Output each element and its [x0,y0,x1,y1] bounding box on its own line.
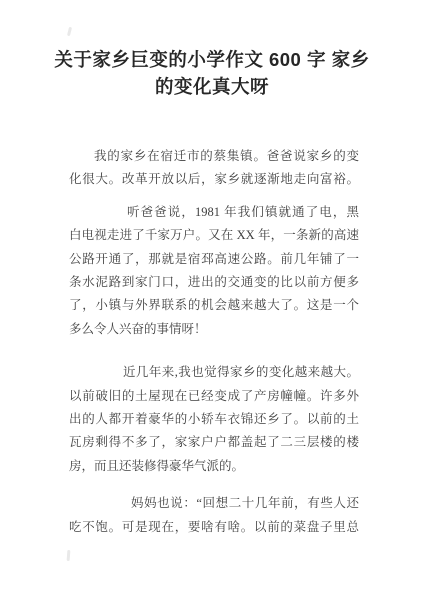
page-title: 关于家乡巨变的小学作文 600 字 家乡 的变化真大呀 [28,46,396,100]
paragraph-line: 以前破旧的土屋现在已经变成了产房幢幢。许多外 [69,385,359,408]
paragraph-3: 近几年来,我也觉得家乡的变化越来越大。 以前破旧的土屋现在已经变成了产房幢幢。许… [69,361,359,478]
paragraph-line: 条水泥路到家门口，进出的交通变的比以前方便多 [69,271,359,294]
document-page: 关于家乡巨变的小学作文 600 字 家乡 的变化真大呀 我的家乡在宿迁市的蔡集镇… [0,0,424,600]
paragraph-line: 白电视走进了千家万户。又在 XX 年，一条新的高速 [69,224,359,247]
paragraph-line: 化很大。改革开放以后，家乡就逐渐地走向富裕。 [69,168,359,191]
paragraph-line: 近几年来,我也觉得家乡的变化越来越大。 [69,361,359,384]
paragraph-line: 妈妈也说：“回想二十几年前，有些人还 [69,492,359,515]
paragraph-1: 我的家乡在宿迁市的蔡集镇。爸爸说家乡的变 化很大。改革开放以后，家乡就逐渐地走向… [69,145,359,192]
paragraph-line: 瓦房剩得不多了，家家户户都盖起了二三层楼的楼 [69,431,359,454]
paragraph-line: 听爸爸说，1981 年我们镇就通了电，黑 [69,201,359,224]
title-line-2: 的变化真大呀 [28,73,396,100]
paragraph-2: 听爸爸说，1981 年我们镇就通了电，黑 白电视走进了千家万户。又在 XX 年，… [69,201,359,341]
paragraph-line: 多么令人兴奋的事情呀！ [69,318,359,341]
scan-speck [67,27,72,36]
title-line-1: 关于家乡巨变的小学作文 600 字 家乡 [28,46,396,73]
scan-speck [67,550,71,561]
paragraph-4: 妈妈也说：“回想二十几年前，有些人还 吃不饱。可是现在，要啥有啥。以前的菜盘子里… [69,492,359,539]
paragraph-line: 出的人都开着豪华的小轿车衣锦还乡了。以前的土 [69,408,359,431]
essay-body: 我的家乡在宿迁市的蔡集镇。爸爸说家乡的变 化很大。改革开放以后，家乡就逐渐地走向… [69,145,359,539]
paragraph-line: 我的家乡在宿迁市的蔡集镇。爸爸说家乡的变 [69,145,359,168]
paragraph-line: 了，小镇与外界联系的机会越来越大了。这是一个 [69,294,359,317]
paragraph-line: 公路开通了，那就是宿邳高速公路。前几年铺了一 [69,248,359,271]
paragraph-line: 房，而且还装修得豪华气派的。 [69,455,359,478]
paragraph-line: 吃不饱。可是现在，要啥有啥。以前的菜盘子里总 [69,516,359,539]
